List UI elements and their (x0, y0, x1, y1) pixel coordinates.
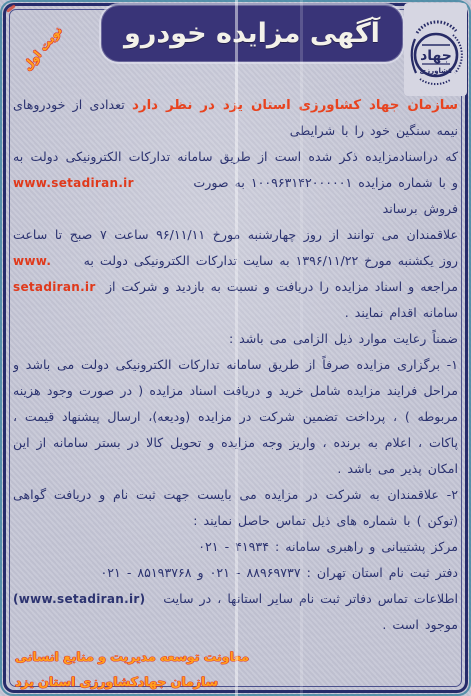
ad-line-17: (توکن ) با شماره های ذیل تماس حاصل نماین… (13, 508, 458, 534)
ad-line-01: سازمان جهاد کشاورزی استان یزد در نظر دار… (13, 92, 458, 118)
setadiran-url-paren: (www.setadiran.ir) (13, 586, 145, 612)
ad-line-06: علاقمندان می توانند از روز چهارشنبه مورخ… (13, 222, 458, 248)
tehran-office-phone-line: دفتر ثبت نام استان تهران : ۸۸۹۶۹۷۳۷ - ۰۲… (13, 560, 458, 586)
ad-line-04: و با شماره مزایده ۱۰۰۹۶۳۱۴۲۰۰۰۰۰۱ به صور… (13, 170, 458, 196)
logo-word-jahad: جهاد (420, 48, 452, 64)
ad-line-12: مراحل فرایند مزایده شامل خرید و دریافت ا… (13, 378, 458, 404)
seal-icon: جهاد کشاورزی (406, 5, 466, 95)
jahad-keshavarzi-logo: جهاد کشاورزی (404, 3, 467, 96)
setadiran-url-www: www. (13, 248, 51, 274)
ad-line-15: امکان پذیر می باشد . (13, 456, 458, 482)
ad-line-13: مربوطه ) ، پرداخت تضمین شرکت در مزایده (… (13, 404, 458, 430)
ad-line-05: فروش برساند (13, 196, 458, 222)
ad-line-11: ۱- برگزاری مزایده صرفاً از طریق سامانه ت… (13, 352, 458, 378)
title-banner: آگهی مزایده خودرو (101, 5, 403, 62)
documents-text: مراجعه و اسناد مزایده را دریافت و نسبت ب… (96, 274, 458, 300)
ad-line-02: نیمه سنگین خود را با شرایطی (13, 118, 458, 144)
signature-line-2: سازمان جهادکشاورزی استان یزد (15, 669, 255, 694)
setadiran-url: www.setadiran.ir (13, 170, 134, 196)
ad-line-03: که دراسنادمزایده ذکر شده است از طریق سام… (13, 144, 458, 170)
signature-block: معاونت توسعه مدیریت و منابع انسانی سازما… (15, 644, 255, 694)
ad-title: آگهی مزایده خودرو (124, 18, 380, 49)
other-provinces-text: اطلاعات تماس دفاتر ثبت نام سایر استانها … (145, 586, 458, 612)
ad-line-09: سامانه اقدام نمایند . (13, 300, 458, 326)
organization-name: سازمان جهاد کشاورزی استان یزد در نظر دار… (132, 98, 458, 113)
ad-line-08: مراجعه و اسناد مزایده را دریافت و نسبت ب… (13, 274, 458, 300)
issue-badge: نوبت اول (20, 23, 65, 73)
ad-body: سازمان جهاد کشاورزی استان یزد در نظر دار… (13, 92, 458, 638)
ad-line-20: اطلاعات تماس دفاتر ثبت نام سایر استانها … (13, 586, 458, 612)
ad-line-07: روز یکشنبه مورخ ۱۳۹۶/۱۱/۲۲ به سایت تدارک… (13, 248, 458, 274)
scanned-auction-ad: نوبت اول آگهی مزایده خودرو جهاد کشاورزی … (0, 0, 471, 696)
ad-line-10: ضمناً رعایت موارد ذیل الزامی می باشد : (13, 326, 458, 352)
logo-word-keshavarzi: کشاورزی (419, 67, 453, 75)
ad-line-14: پاکات ، اعلام به برنده ، واریز وجه مزاید… (13, 430, 458, 456)
ad-line-16: ۲- علاقمندان به شرکت در مزایده می بایست … (13, 482, 458, 508)
visit-date-text: روز یکشنبه مورخ ۱۳۹۶/۱۱/۲۲ به سایت تدارک… (51, 248, 458, 274)
ad-line-21: موجود است . (13, 612, 458, 638)
support-phone-line: مرکز پشتیبانی و راهبری سامانه : ۴۱۹۳۴ - … (13, 534, 458, 560)
auction-number-text: و با شماره مزایده ۱۰۰۹۶۳۱۴۲۰۰۰۰۰۱ به صور… (134, 170, 458, 196)
corner-scan-mark (6, 4, 16, 13)
setadiran-url-domain: setadiran.ir (13, 274, 96, 300)
signature-line-1: معاونت توسعه مدیریت و منابع انسانی (15, 644, 255, 669)
